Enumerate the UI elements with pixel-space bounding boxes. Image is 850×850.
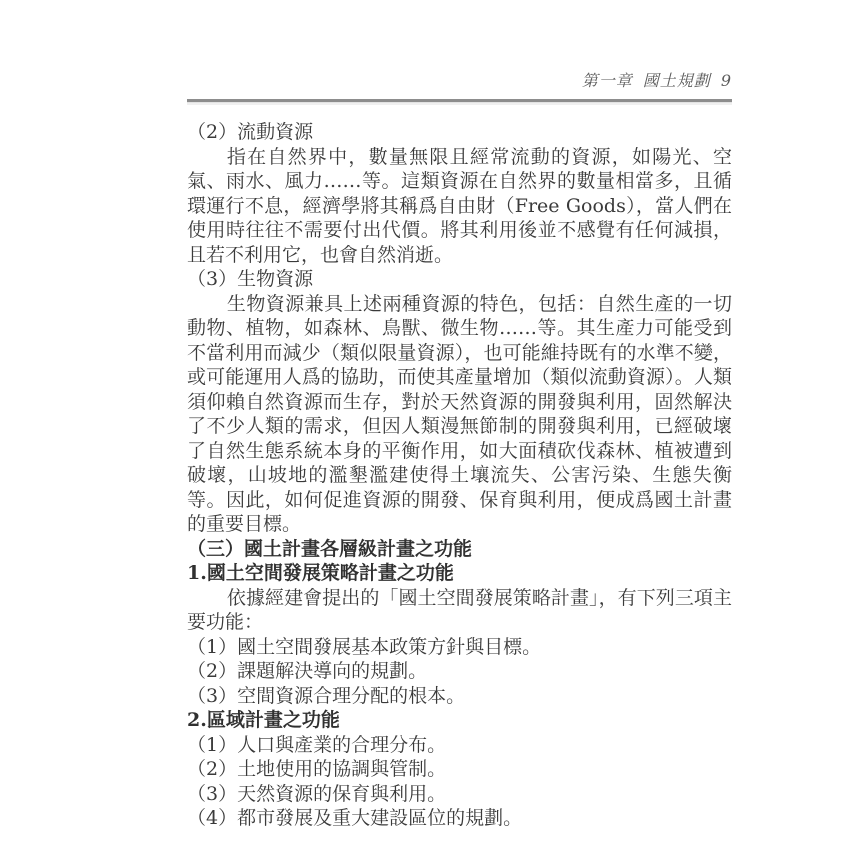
paragraph: 生物資源兼具上述兩種資源的特色，包括：自然生產的一切動物、植物，如森林、鳥獸、微… bbox=[187, 292, 732, 537]
paragraph: 依據經建會提出的「國土空間發展策略計畫」，有下列三項主要功能： bbox=[187, 586, 732, 635]
list-item: （2）課題解決導向的規劃。 bbox=[187, 659, 732, 684]
page-content: 第一章國土規劃9 （2）流動資源指在自然界中，數量無限且經常流動的資源，如陽光、… bbox=[187, 0, 732, 850]
list-item: （3）天然資源的保育與利用。 bbox=[187, 782, 732, 807]
page-body: （2）流動資源指在自然界中，數量無限且經常流動的資源，如陽光、空氣、雨水、風力…… bbox=[187, 120, 732, 831]
paragraph: 指在自然界中，數量無限且經常流動的資源，如陽光、空氣、雨水、風力……等。這類資源… bbox=[187, 145, 732, 268]
sub-heading: 1.國土空間發展策略計畫之功能 bbox=[187, 561, 732, 586]
list-item: （4）都市發展及重大建設區位的規劃。 bbox=[187, 806, 732, 831]
running-header: 第一章國土規劃9 bbox=[187, 70, 732, 92]
chapter-label: 第一章 bbox=[582, 71, 633, 90]
item-heading: （3）生物資源 bbox=[187, 267, 732, 292]
sub-heading: 2.區域計畫之功能 bbox=[187, 708, 732, 733]
header-rule bbox=[187, 99, 732, 103]
book-title: 國土規劃 bbox=[643, 71, 711, 90]
section-heading: （三）國土計畫各層級計畫之功能 bbox=[187, 537, 732, 562]
list-item: （1）人口與產業的合理分布。 bbox=[187, 733, 732, 758]
book-page: 第一章國土規劃9 （2）流動資源指在自然界中，數量無限且經常流動的資源，如陽光、… bbox=[0, 0, 850, 850]
item-heading: （2）流動資源 bbox=[187, 120, 732, 145]
page-number: 9 bbox=[721, 71, 732, 90]
list-item: （3）空間資源合理分配的根本。 bbox=[187, 684, 732, 709]
list-item: （1）國土空間發展基本政策方針與目標。 bbox=[187, 635, 732, 660]
list-item: （2）土地使用的協調與管制。 bbox=[187, 757, 732, 782]
